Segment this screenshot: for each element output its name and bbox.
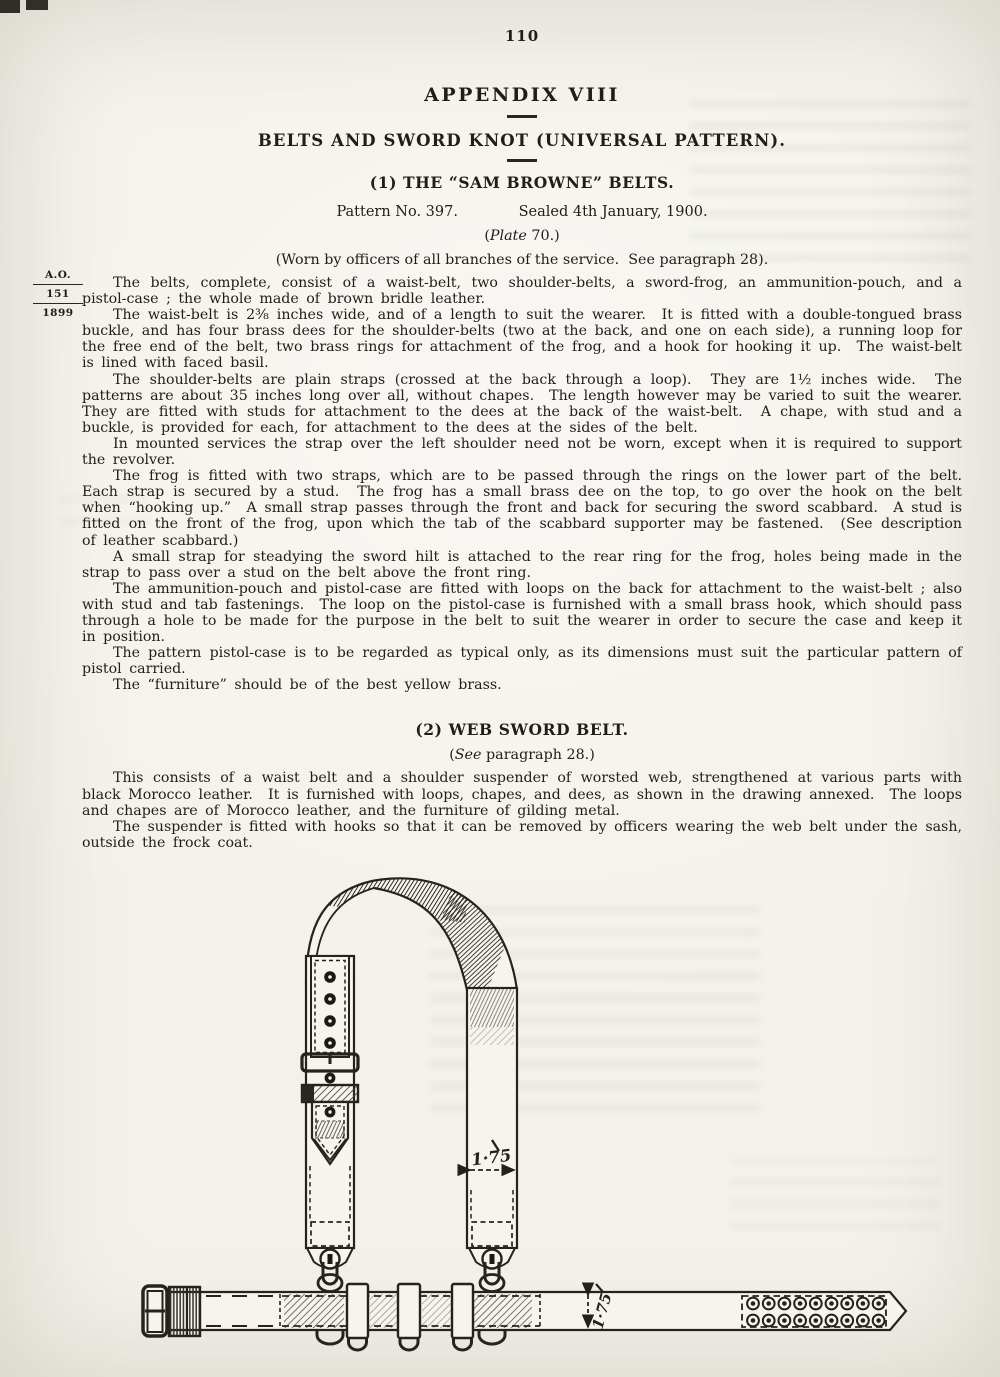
loop-dee — [349, 1338, 367, 1350]
loop-dee — [400, 1338, 418, 1350]
suspender-dee-lower — [317, 1330, 343, 1344]
belt-loop — [398, 1284, 420, 1338]
scanned-document-page: A.O. 151 1899 110 APPENDIX VIII BELTS AN… — [0, 0, 1000, 1377]
shoulder-suspender: 1·75 — [302, 860, 520, 1292]
waist-belt: 1·75 — [143, 1284, 906, 1350]
belt-loop — [452, 1284, 473, 1338]
suspender-dee-lower — [479, 1330, 505, 1344]
belt-loop — [347, 1284, 368, 1338]
loop-dee — [454, 1338, 472, 1350]
belt-keeper — [169, 1287, 200, 1336]
figure-web-sword-belt: 1·75 — [0, 0, 1000, 1377]
